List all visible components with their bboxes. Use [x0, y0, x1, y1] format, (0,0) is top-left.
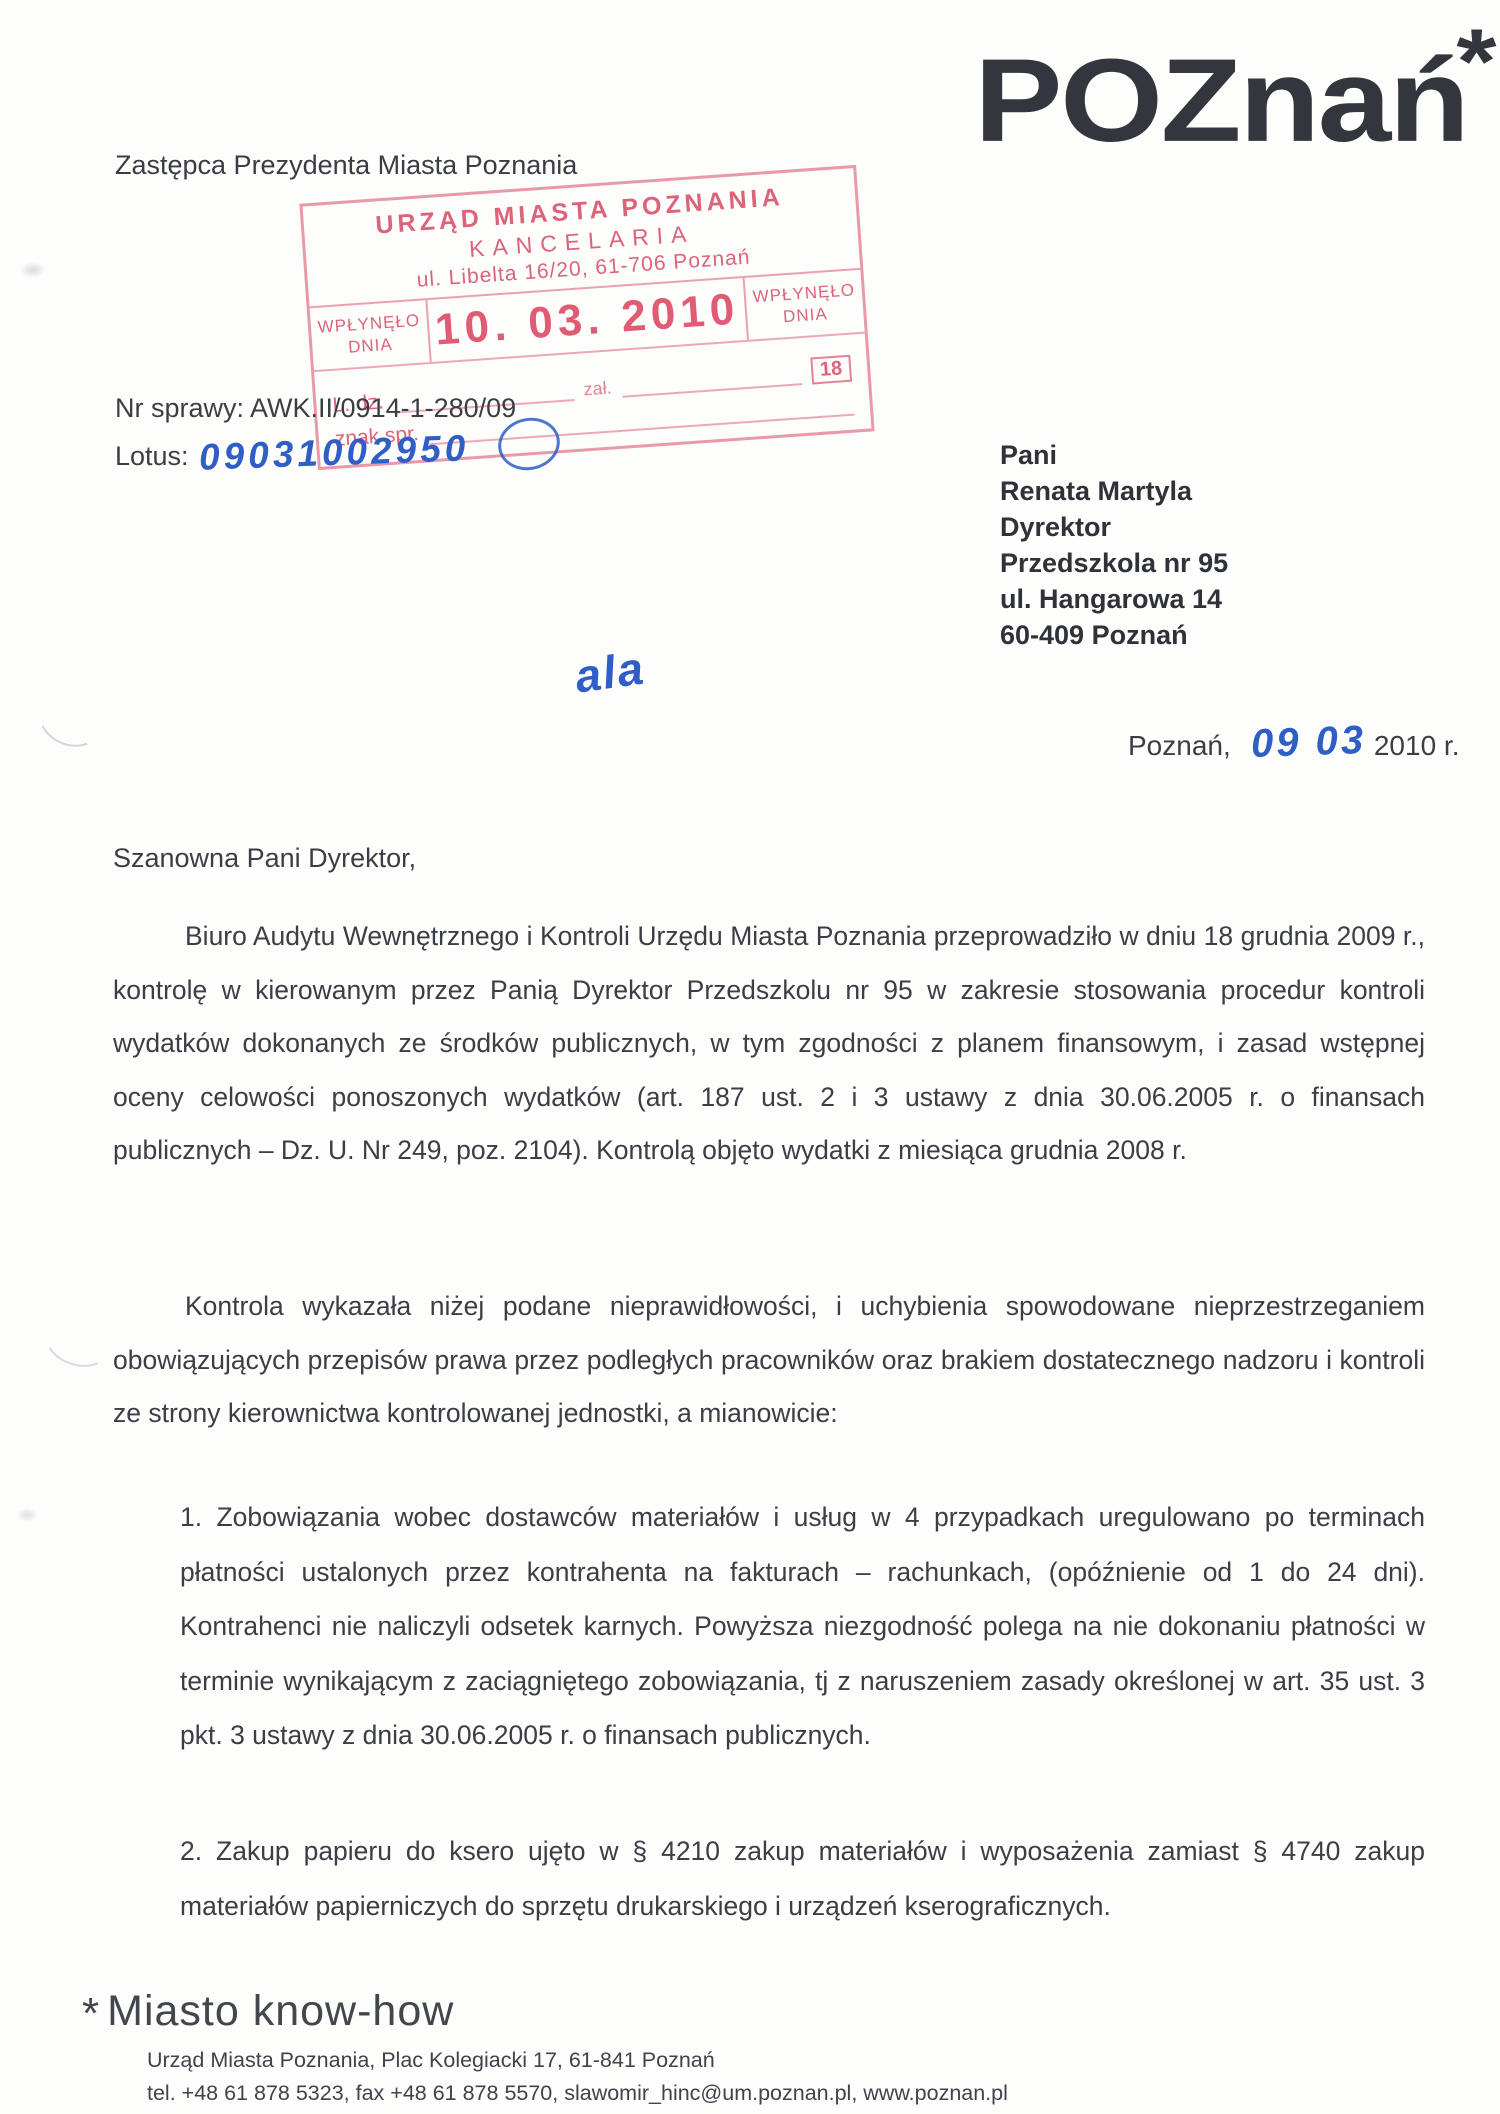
scan-artifact [30, 677, 115, 756]
recipient-block: Pani Renata Martyla Dyrektor Przedszkola… [1000, 437, 1228, 653]
handwritten-initials: ala [572, 640, 649, 703]
footer-slogan: * Miasto know-how [82, 1988, 454, 2036]
recipient-name: Renata Martyla [1000, 473, 1228, 509]
footer-contact: tel. +48 61 878 5323, fax +48 61 878 557… [147, 2081, 1008, 2106]
finding-item-1: 1. Zobowiązania wobec dostawców materiał… [180, 1490, 1425, 1763]
paragraph-findings-intro: Kontrola wykazała niżej podane nieprawid… [113, 1280, 1425, 1441]
stamp-received-right: WPŁYNĘŁO DNIA [743, 270, 865, 340]
stamp-number-box: 18 [810, 355, 852, 385]
scan-artifact [37, 1303, 120, 1376]
case-number: Nr sprawy: AWK.II/0914-1-280/09 [115, 393, 516, 424]
footer-asterisk-icon: * [82, 1992, 99, 2036]
footer-slogan-text: Miasto know-how [107, 1988, 454, 2035]
stamp-zal-label: zał. [583, 377, 612, 400]
logo-text: POZna [974, 35, 1389, 167]
salutation: Szanowna Pani Dyrektor, [113, 843, 416, 874]
dateline-city: Poznań, [1128, 730, 1231, 762]
recipient-institution: Przedszkola nr 95 [1000, 545, 1228, 581]
scanned-letter-page: POZnań* Zastępca Prezydenta Miasta Pozna… [0, 0, 1500, 2114]
recipient-title: Dyrektor [1000, 509, 1228, 545]
logo-asterisk-icon: * [1456, 16, 1494, 108]
stamp-received-left: WPŁYNĘŁO DNIA [310, 300, 432, 370]
poznan-logo: POZnań* [974, 16, 1494, 160]
recipient-street: ul. Hangarowa 14 [1000, 581, 1228, 617]
finding-item-2: 2. Zakup papieru do ksero ujęto w § 4210… [180, 1824, 1425, 1933]
footer-address: Urząd Miasta Poznania, Plac Kolegiacki 1… [147, 2048, 715, 2073]
recipient-city: 60-409 Poznań [1000, 617, 1228, 653]
lotus-handwritten-number: 09031002950 [198, 427, 470, 478]
scan-artifact [20, 262, 46, 278]
handwritten-date: 09 03 [1250, 718, 1367, 767]
sender-title: Zastępca Prezydenta Miasta Poznania [115, 150, 577, 181]
registry-stamp: URZĄD MIASTA POZNANIA KANCELARIA ul. Lib… [299, 165, 874, 470]
dateline: Poznań, 09 03 2010 r. [1128, 720, 1460, 765]
lotus-row: Lotus: 09031002950 [115, 432, 469, 474]
scan-artifact [16, 1508, 38, 1522]
stamp-blank-line [622, 382, 802, 398]
lotus-label: Lotus: [115, 441, 189, 472]
paragraph-audit-intro: Biuro Audytu Wewnętrznego i Kontroli Urz… [113, 910, 1425, 1178]
recipient-line: Pani [1000, 437, 1228, 473]
dateline-year: 2010 r. [1374, 730, 1460, 762]
